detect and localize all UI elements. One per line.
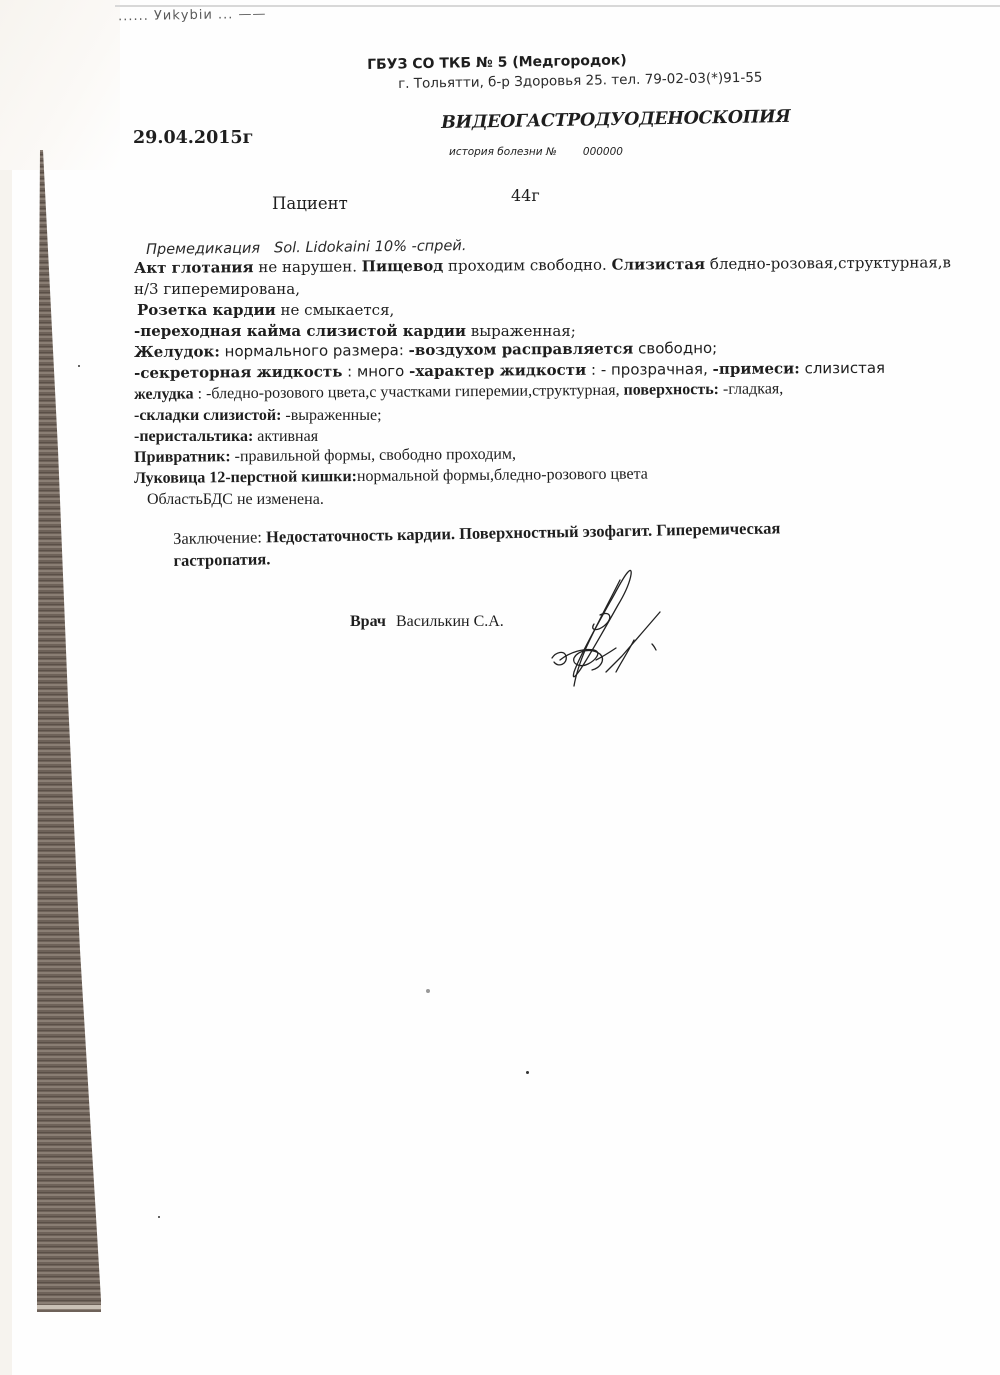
finding-value: : -бледно-розового цвета,с участками гип… — [194, 382, 624, 403]
finding-term: -секреторная жидкость — [134, 363, 342, 382]
premedication-label: Премедикация — [146, 241, 260, 258]
finding-term: -воздухом расправляется — [409, 340, 634, 360]
finding-term: Привратник: — [134, 448, 231, 466]
scan-speck — [78, 365, 80, 367]
finding-term: поверхность: — [623, 381, 719, 399]
handwritten-signature — [530, 560, 670, 695]
finding-value: нормальной формы,бледно-розового цвета — [357, 466, 648, 486]
history-number: 000000 — [583, 146, 623, 158]
finding-line: ОбластьБДС не изменена. — [147, 489, 994, 510]
finding-term: ОбластьБДС — [147, 491, 233, 508]
finding-value: не изменена. — [233, 491, 324, 508]
report-date: 29.04.2015г — [133, 128, 253, 148]
doctor-label: Врач — [350, 613, 386, 630]
finding-term: Розетка кардии — [137, 301, 276, 319]
finding-value: -выраженные; — [281, 407, 381, 424]
finding-value: : - прозрачная, — [586, 360, 713, 379]
institution-address: г. Тольятти, б-р Здоровья 25. тел. 79-02… — [398, 70, 763, 92]
finding-value: свободно; — [633, 339, 717, 358]
finding-value: не смыкается, — [276, 301, 395, 319]
scanned-document-page: ...... Уиkуbiи ... —— ГБУЗ СО ТКБ № 5 (М… — [0, 0, 1000, 1375]
finding-value: проходим свободно. — [443, 256, 611, 275]
doctor-signature-line: ВрачВасилькин С.А. — [350, 613, 504, 631]
conclusion-label: Заключение: — [173, 527, 262, 548]
finding-value: активная — [253, 428, 318, 445]
finding-value: выраженная; — [466, 322, 576, 340]
finding-term: -переходная кайма слизистой кардии — [134, 322, 466, 340]
cut-off-header-fragment: ...... Уиkуbiи ... —— — [118, 7, 267, 25]
scan-stripe-band — [0, 0, 140, 1375]
findings-section: Акт глотания не нарушен. Пищевод проходи… — [134, 258, 994, 510]
scan-speck — [426, 989, 430, 993]
finding-term: Луковица 12-перстной кишки: — [134, 468, 357, 487]
finding-line: Розетка кардии не смыкается, — [137, 300, 994, 321]
patient-label: Пациент — [272, 194, 348, 213]
finding-value: -правильной формы, свободно проходим, — [231, 446, 517, 465]
finding-value: -гладкая, — [719, 380, 783, 398]
scan-speck — [158, 1216, 160, 1218]
premedication-drug: Sol. Lidokaini 10% -спрей. — [274, 238, 467, 256]
finding-term: Слизистая — [611, 255, 705, 274]
finding-value: : много — [342, 362, 409, 380]
finding-term: Акт глотания — [134, 258, 254, 277]
finding-value: слизистая — [800, 359, 885, 378]
conclusion-text-cont: гастропатия. — [173, 549, 270, 570]
finding-line: н/3 гиперемирована, — [134, 279, 994, 300]
finding-term: -складки слизистой: — [134, 407, 281, 424]
finding-term: -примеси: — [713, 359, 800, 378]
report-title: ВИДЕОГАСТРОДУОДЕНОСКОПИЯ — [441, 107, 791, 133]
medical-history-number: история болезни №000000 — [449, 146, 623, 158]
finding-term: желудка — [134, 385, 194, 403]
patient-age: 44г — [511, 186, 540, 205]
institution-name: ГБУЗ СО ТКБ № 5 (Медгородок) — [367, 52, 627, 73]
finding-term: Пищевод — [362, 257, 444, 276]
finding-value: нормального размера: — [220, 341, 409, 360]
finding-value: н/3 гиперемирована, — [134, 280, 300, 298]
finding-term: -перистальтика: — [134, 428, 253, 445]
history-label: история болезни № — [449, 146, 557, 158]
finding-term: -характер жидкости — [409, 361, 586, 380]
finding-line: -складки слизистой: -выраженные; — [134, 405, 994, 426]
premedication: ПремедикацияSol. Lidokaini 10% -спрей. — [146, 238, 466, 258]
conclusion-text: Недостаточность кардии. Поверхностный эз… — [262, 518, 781, 546]
scan-speck — [526, 1071, 529, 1074]
finding-value: не нарушен. — [254, 257, 362, 276]
finding-term: Желудок: — [134, 342, 220, 361]
finding-value: бледно-розовая,структурная,в — [705, 253, 951, 273]
doctor-name: Василькин С.А. — [396, 613, 504, 630]
